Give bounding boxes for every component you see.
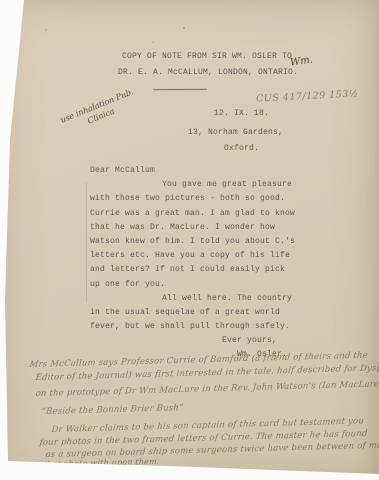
paper-crease [86,182,87,302]
letter-date: 12. IX. 18. [214,109,269,118]
handwritten-footnote-line: “Beside the Bonnie Brier Bush” [41,403,184,417]
paper-speck [152,41,154,43]
header-underline [153,89,207,90]
letter-body: Dear McCallum You gave me great pleasure… [90,166,295,336]
letter-closing: Ever yours, [222,336,277,345]
body-line: in the usual sequelae of a great world [90,308,295,322]
header-title-line2: DR. E. A. McCALLUM, LONDON, ONTARIO. [118,68,298,77]
paper-speck [45,29,47,31]
body-line: Watson knew of him. I told you about C.'… [90,237,295,251]
handwritten-footnote-line: on the prototype of Dr Wm MacLure in the… [35,379,379,399]
letter-address-line2: Oxford. [224,144,259,153]
handwritten-footnote-line: that photo with upon them. [43,457,160,469]
handwritten-marginal-note: use inhalation Pub. Clinica [55,85,143,138]
body-line: and letters? If not I could easily pick [90,265,295,279]
handwritten-initials: Wm. [289,54,313,68]
body-line: letters etc. Have you a copy of his life [90,251,295,265]
body-line: Currie was a great man. I am glad to kno… [90,209,295,223]
body-line: You gave me great pleasure [90,180,295,194]
scanned-letter-paper: COPY OF NOTE FROM SIR WM. OSLER TO DR. E… [0,0,379,480]
body-line: that he was Dr. MacLure. I wonder how [90,223,295,237]
paper-speck [183,27,185,29]
body-line: fever, but we shall pull through safely. [90,322,295,336]
salutation: Dear McCallum [90,166,295,180]
body-line: All well here. The country [90,294,295,308]
archival-reference-number: CUS 417/129 153½ [256,88,359,104]
body-line: up one for you. [90,280,295,294]
header-title-line1: COPY OF NOTE FROM SIR WM. OSLER TO [122,52,292,61]
body-line: with those two pictures - both so good. [90,194,295,208]
letter-address-line1: 13, Norham Gardens, [188,128,283,137]
